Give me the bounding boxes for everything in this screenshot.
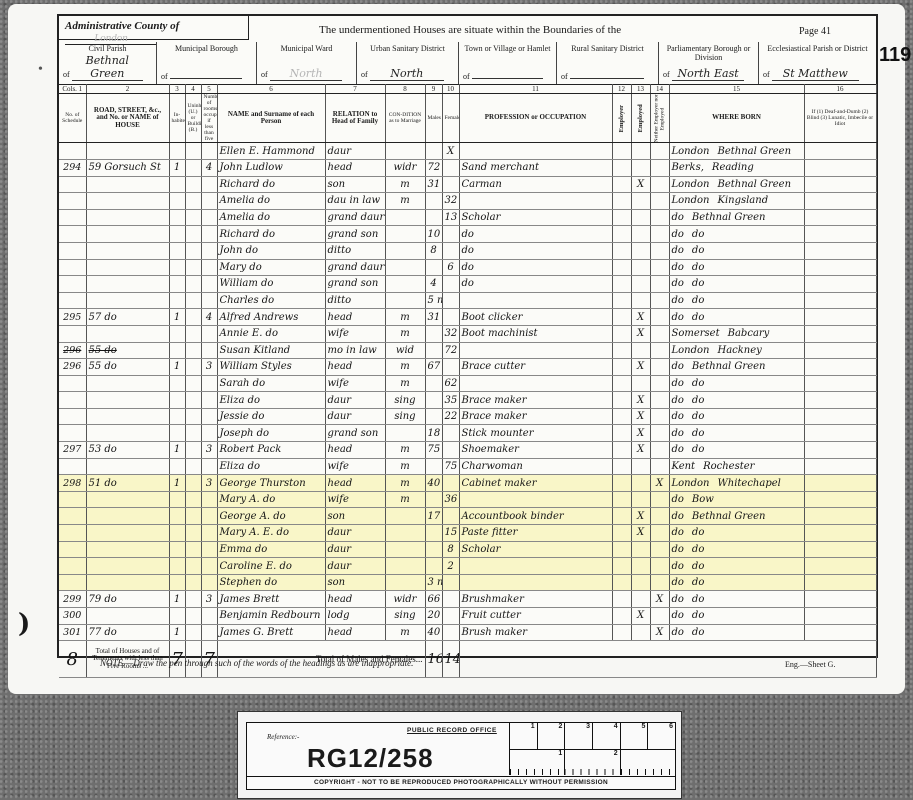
cell-employer xyxy=(612,458,631,475)
cell-employed: X xyxy=(631,325,650,342)
cell-name: Susan Kitland xyxy=(217,342,325,359)
cell-employer xyxy=(612,176,631,193)
cell-address: 77 do xyxy=(86,624,169,641)
cell-uninhabited xyxy=(185,458,201,475)
cell-address: 57 do xyxy=(86,309,169,326)
cell-infirmity xyxy=(804,491,876,508)
cell-relation: head xyxy=(325,442,385,459)
cell-employer xyxy=(612,143,631,160)
cell-where-born: dodo xyxy=(669,276,804,293)
cell-male-age xyxy=(425,259,442,276)
cell-uninhabited xyxy=(185,442,201,459)
header-occupation: PROFESSION or OCCUPATION xyxy=(459,94,612,143)
cell-female-age xyxy=(442,242,459,259)
cell-inhabited xyxy=(169,491,185,508)
cell-name: James Brett xyxy=(217,591,325,608)
cell-address xyxy=(86,425,169,442)
cell-occupation: Paste fitter xyxy=(459,525,612,542)
cell-occupation: Carman xyxy=(459,176,612,193)
cell-employed: X xyxy=(631,309,650,326)
cell-rooms xyxy=(201,525,217,542)
cell-occupation: do xyxy=(459,242,612,259)
boundaries-title: The undermentioned Houses are situate wi… xyxy=(319,24,621,36)
cell-occupation: Charwoman xyxy=(459,458,612,475)
cell-male-age: 17 xyxy=(425,508,442,525)
cell-male-age xyxy=(425,209,442,226)
cell-address xyxy=(86,292,169,309)
cell-uninhabited xyxy=(185,475,201,492)
cell-condition xyxy=(385,242,425,259)
cell-male-age: 4 xyxy=(425,276,442,293)
cell-neither xyxy=(650,442,669,459)
cell-infirmity xyxy=(804,359,876,376)
cell-schedule xyxy=(59,375,86,392)
cell-employed xyxy=(631,558,650,575)
area-rural-sanitary-district: Rural Sanitary District of xyxy=(557,42,659,84)
cell-neither xyxy=(650,209,669,226)
cell-condition: m xyxy=(385,193,425,210)
cell-name: Stephen do xyxy=(217,574,325,591)
cell-schedule xyxy=(59,408,86,425)
cell-where-born: doBethnal Green xyxy=(669,359,804,376)
header-rooms: Number of rooms occupied if less than fi… xyxy=(201,94,217,143)
cell-relation: wife xyxy=(325,375,385,392)
cell-address: 59 Gorsuch St xyxy=(86,159,169,176)
cell-condition: m xyxy=(385,475,425,492)
cell-female-age xyxy=(442,359,459,376)
cell-where-born: doBow xyxy=(669,491,804,508)
cell-address xyxy=(86,608,169,625)
cell-rooms: 3 xyxy=(201,359,217,376)
cell-name: George A. do xyxy=(217,508,325,525)
cell-schedule: 295 xyxy=(59,309,86,326)
census-row: Caroline E. dodaur2dodo xyxy=(59,558,876,575)
area-town-village: Town or Village or Hamlet of xyxy=(459,42,557,84)
cell-schedule xyxy=(59,193,86,210)
cell-address xyxy=(86,143,169,160)
cell-schedule xyxy=(59,292,86,309)
reference-caption: Reference:- xyxy=(267,733,299,741)
cell-inhabited xyxy=(169,392,185,409)
cell-employed xyxy=(631,375,650,392)
cell-female-age: 2 xyxy=(442,558,459,575)
census-row: Richard dogrand son10dododo xyxy=(59,226,876,243)
cell-occupation: Brace maker xyxy=(459,408,612,425)
folio-number: 119 xyxy=(879,44,911,67)
cell-male-age xyxy=(425,458,442,475)
cell-where-born: dodo xyxy=(669,408,804,425)
cell-rooms xyxy=(201,558,217,575)
census-row: William dogrand son4dododo xyxy=(59,276,876,293)
header-females: Females xyxy=(442,94,459,143)
cell-rooms xyxy=(201,292,217,309)
cell-employed: X xyxy=(631,408,650,425)
page-label: Page 41 xyxy=(799,26,831,37)
cell-uninhabited xyxy=(185,309,201,326)
cell-neither xyxy=(650,458,669,475)
cell-occupation: Stick mounter xyxy=(459,425,612,442)
cell-employer xyxy=(612,226,631,243)
census-row: 300Benjamin Redbournlodgsing20Fruit cutt… xyxy=(59,608,876,625)
cell-female-age xyxy=(442,508,459,525)
cell-schedule xyxy=(59,491,86,508)
cell-schedule: 294 xyxy=(59,159,86,176)
census-row: Eliza dowifem75CharwomanKentRochester xyxy=(59,458,876,475)
cell-condition: m xyxy=(385,624,425,641)
cell-male-age: 5 mo xyxy=(425,292,442,309)
cell-where-born: LondonBethnal Green xyxy=(669,143,804,160)
cell-occupation: Fruit cutter xyxy=(459,608,612,625)
cell-male-age: 67 xyxy=(425,359,442,376)
cell-employed: X xyxy=(631,608,650,625)
cell-infirmity xyxy=(804,425,876,442)
cell-inhabited: 1 xyxy=(169,359,185,376)
cell-infirmity xyxy=(804,259,876,276)
cell-employed: X xyxy=(631,425,650,442)
cell-rooms xyxy=(201,541,217,558)
cell-employed xyxy=(631,159,650,176)
cell-rooms xyxy=(201,375,217,392)
cell-where-born: dodo xyxy=(669,591,804,608)
cell-infirmity xyxy=(804,226,876,243)
cell-neither xyxy=(650,375,669,392)
cell-where-born: LondonBethnal Green xyxy=(669,176,804,193)
cell-name: Jessie do xyxy=(217,408,325,425)
cell-employer xyxy=(612,591,631,608)
cell-neither: X xyxy=(650,591,669,608)
cell-where-born: dodo xyxy=(669,226,804,243)
cell-condition: widr xyxy=(385,591,425,608)
cell-condition: m xyxy=(385,325,425,342)
cell-male-age xyxy=(425,541,442,558)
cell-name: Robert Pack xyxy=(217,442,325,459)
cell-male-age: 10 xyxy=(425,226,442,243)
cell-employer xyxy=(612,375,631,392)
cell-address xyxy=(86,508,169,525)
cell-condition: m xyxy=(385,375,425,392)
cell-uninhabited xyxy=(185,624,201,641)
cell-infirmity xyxy=(804,276,876,293)
cell-uninhabited xyxy=(185,491,201,508)
cell-relation: dau in law xyxy=(325,193,385,210)
cell-uninhabited xyxy=(185,143,201,160)
cell-employed xyxy=(631,574,650,591)
cell-male-age xyxy=(425,392,442,409)
schedules-total: 8 xyxy=(59,641,86,678)
cell-female-age xyxy=(442,425,459,442)
census-row: Emma dodaur8Scholardodo xyxy=(59,541,876,558)
cell-inhabited xyxy=(169,292,185,309)
cell-relation: grand daur xyxy=(325,259,385,276)
cell-occupation: Sand merchant xyxy=(459,159,612,176)
cell-relation: daur xyxy=(325,541,385,558)
cell-condition xyxy=(385,259,425,276)
cell-male-age xyxy=(425,558,442,575)
cell-name: Emma do xyxy=(217,541,325,558)
cell-employer xyxy=(612,259,631,276)
cell-employed: X xyxy=(631,508,650,525)
cell-employer xyxy=(612,491,631,508)
cell-male-age: 3 m xyxy=(425,574,442,591)
cell-neither xyxy=(650,193,669,210)
cell-condition: sing xyxy=(385,408,425,425)
cell-occupation: Brace maker xyxy=(459,392,612,409)
cell-schedule xyxy=(59,276,86,293)
census-row: 29851 do13George Thurstonheadm40Cabinet … xyxy=(59,475,876,492)
cell-where-born: Berks,Reading xyxy=(669,159,804,176)
cell-uninhabited xyxy=(185,392,201,409)
cell-where-born: dodo xyxy=(669,292,804,309)
cell-schedule xyxy=(59,176,86,193)
cell-name: Eliza do xyxy=(217,392,325,409)
census-row: 29655 do13William Stylesheadm67Brace cut… xyxy=(59,359,876,376)
cell-condition xyxy=(385,541,425,558)
cell-female-age: 13 xyxy=(442,209,459,226)
cell-where-born: dodo xyxy=(669,425,804,442)
cell-relation: daur xyxy=(325,408,385,425)
cell-occupation: Boot clicker xyxy=(459,309,612,326)
header-uninhabited: Uninhabited (U.) or Building (B.) xyxy=(185,94,201,143)
cell-employed xyxy=(631,226,650,243)
cell-employed xyxy=(631,242,650,259)
cell-occupation xyxy=(459,143,612,160)
cell-where-born: dodo xyxy=(669,525,804,542)
cell-uninhabited xyxy=(185,525,201,542)
cell-uninhabited xyxy=(185,574,201,591)
cell-male-age: 40 xyxy=(425,624,442,641)
cell-relation: head xyxy=(325,359,385,376)
cell-inhabited: 1 xyxy=(169,159,185,176)
cell-address xyxy=(86,226,169,243)
header-schedule: No. of Schedule xyxy=(59,94,86,143)
cell-relation: daur xyxy=(325,525,385,542)
cell-male-age xyxy=(425,143,442,160)
cell-employed xyxy=(631,276,650,293)
admin-county-label: Administrative County of xyxy=(65,20,179,32)
cell-occupation: do xyxy=(459,259,612,276)
cell-where-born: dodo xyxy=(669,392,804,409)
cell-neither: X xyxy=(650,624,669,641)
cell-schedule xyxy=(59,508,86,525)
cell-relation: son xyxy=(325,574,385,591)
cell-schedule xyxy=(59,458,86,475)
cell-name: Sarah do xyxy=(217,375,325,392)
cell-neither xyxy=(650,292,669,309)
cell-female-age: 15 xyxy=(442,525,459,542)
cell-address xyxy=(86,574,169,591)
cell-neither xyxy=(650,508,669,525)
cell-inhabited xyxy=(169,525,185,542)
cell-male-age xyxy=(425,342,442,359)
cell-occupation: Boot machinist xyxy=(459,325,612,342)
cell-employed xyxy=(631,209,650,226)
cell-address xyxy=(86,408,169,425)
copyright-notice: COPYRIGHT - NOT TO BE REPRODUCED PHOTOGR… xyxy=(247,776,675,789)
cell-infirmity xyxy=(804,408,876,425)
cell-where-born: SomersetBabcary xyxy=(669,325,804,342)
cell-address xyxy=(86,375,169,392)
cell-uninhabited xyxy=(185,591,201,608)
cell-relation: daur xyxy=(325,558,385,575)
cell-address xyxy=(86,259,169,276)
census-row: Stephen doson3 mdodo xyxy=(59,574,876,591)
cell-name: William Styles xyxy=(217,359,325,376)
cell-relation: head xyxy=(325,475,385,492)
cell-relation: son xyxy=(325,508,385,525)
cell-condition: wid xyxy=(385,342,425,359)
header-infirmity: If (1) Deaf-and-Dumb (2) Blind (3) Lunat… xyxy=(804,94,876,143)
cell-neither xyxy=(650,425,669,442)
cell-employer xyxy=(612,359,631,376)
cell-where-born: dodo xyxy=(669,558,804,575)
cell-where-born: doBethnal Green xyxy=(669,209,804,226)
cell-rooms xyxy=(201,276,217,293)
cell-condition xyxy=(385,292,425,309)
cell-employed: X xyxy=(631,392,650,409)
cell-schedule xyxy=(59,392,86,409)
cell-uninhabited xyxy=(185,259,201,276)
cell-female-age xyxy=(442,475,459,492)
cell-schedule: 300 xyxy=(59,608,86,625)
cell-employer xyxy=(612,309,631,326)
cell-female-age xyxy=(442,442,459,459)
cell-uninhabited xyxy=(185,159,201,176)
cell-address xyxy=(86,491,169,508)
cell-employer xyxy=(612,475,631,492)
cell-inhabited xyxy=(169,408,185,425)
census-row: Sarah dowifem62dodo xyxy=(59,375,876,392)
header-condition: CON-DITION as to Marriage xyxy=(385,94,425,143)
cell-name: Caroline E. do xyxy=(217,558,325,575)
cell-occupation xyxy=(459,574,612,591)
cell-male-age xyxy=(425,375,442,392)
cell-inhabited xyxy=(169,508,185,525)
cell-where-born: doBethnal Green xyxy=(669,508,804,525)
cell-schedule: 301 xyxy=(59,624,86,641)
cell-uninhabited xyxy=(185,558,201,575)
cell-relation: wife xyxy=(325,458,385,475)
cell-employed xyxy=(631,591,650,608)
cell-occupation: Scholar xyxy=(459,541,612,558)
cell-female-age xyxy=(442,176,459,193)
cell-address xyxy=(86,176,169,193)
cell-employed xyxy=(631,491,650,508)
cell-schedule xyxy=(59,525,86,542)
cell-relation: daur xyxy=(325,392,385,409)
cell-neither xyxy=(650,325,669,342)
cell-employed xyxy=(631,624,650,641)
cell-name: Benjamin Redbourn xyxy=(217,608,325,625)
administrative-areas: Civil Parish of Bethnal Green Municipal … xyxy=(59,42,876,85)
cell-where-born: dodo xyxy=(669,375,804,392)
reference-code: RG12/258 xyxy=(307,743,434,774)
cell-female-age xyxy=(442,608,459,625)
column-numbers-row: Cols. 12345 678910 11121314 1516 xyxy=(59,84,876,94)
cell-occupation: Accountbook binder xyxy=(459,508,612,525)
cell-male-age: 66 xyxy=(425,591,442,608)
cell-rooms xyxy=(201,408,217,425)
cell-schedule xyxy=(59,558,86,575)
cell-address xyxy=(86,558,169,575)
cell-rooms xyxy=(201,624,217,641)
cell-neither xyxy=(650,276,669,293)
cell-neither: X xyxy=(650,475,669,492)
cell-infirmity xyxy=(804,209,876,226)
cell-neither xyxy=(650,159,669,176)
cell-male-age xyxy=(425,525,442,542)
cell-rooms: 4 xyxy=(201,309,217,326)
cell-employer xyxy=(612,442,631,459)
census-row: 29557 do14Alfred Andrewsheadm31Boot clic… xyxy=(59,309,876,326)
cell-occupation: Brush maker xyxy=(459,624,612,641)
cell-neither xyxy=(650,143,669,160)
cell-uninhabited xyxy=(185,342,201,359)
cell-female-age: 36 xyxy=(442,491,459,508)
cell-neither xyxy=(650,176,669,193)
cell-infirmity xyxy=(804,176,876,193)
cell-uninhabited xyxy=(185,408,201,425)
cell-female-age: 35 xyxy=(442,392,459,409)
cell-condition xyxy=(385,574,425,591)
cell-occupation xyxy=(459,375,612,392)
admin-county: Administrative County of London xyxy=(59,16,249,40)
cell-inhabited xyxy=(169,176,185,193)
cell-occupation: do xyxy=(459,226,612,243)
cell-infirmity xyxy=(804,143,876,160)
cell-schedule xyxy=(59,574,86,591)
cell-male-age xyxy=(425,408,442,425)
census-row: John doditto8dododo xyxy=(59,242,876,259)
cell-inhabited xyxy=(169,342,185,359)
cell-relation: grand daur xyxy=(325,209,385,226)
census-row: 29979 do13James Brettheadwidr66Brushmake… xyxy=(59,591,876,608)
cell-infirmity xyxy=(804,442,876,459)
cell-relation: ditto xyxy=(325,292,385,309)
cell-male-age: 72 xyxy=(425,159,442,176)
cell-infirmity xyxy=(804,292,876,309)
cell-condition: m xyxy=(385,491,425,508)
cell-neither xyxy=(650,574,669,591)
cell-relation: mo in law xyxy=(325,342,385,359)
cell-condition xyxy=(385,425,425,442)
cell-uninhabited xyxy=(185,541,201,558)
cell-inhabited: 1 xyxy=(169,442,185,459)
census-row: Charles doditto5 mododo xyxy=(59,292,876,309)
cell-infirmity xyxy=(804,558,876,575)
cell-schedule xyxy=(59,541,86,558)
cell-address xyxy=(86,458,169,475)
cell-uninhabited xyxy=(185,425,201,442)
cell-female-age xyxy=(442,292,459,309)
cell-condition: m xyxy=(385,442,425,459)
cell-infirmity xyxy=(804,325,876,342)
cell-rooms xyxy=(201,608,217,625)
cell-male-age: 18 xyxy=(425,425,442,442)
cell-occupation: Scholar xyxy=(459,209,612,226)
cell-rooms xyxy=(201,143,217,160)
cell-inhabited xyxy=(169,276,185,293)
cell-condition: sing xyxy=(385,392,425,409)
cell-infirmity xyxy=(804,309,876,326)
cell-name: Ellen E. Hammond xyxy=(217,143,325,160)
cell-name: Mary A. E. do xyxy=(217,525,325,542)
margin-mark-bottom: ) xyxy=(18,609,30,639)
cell-neither xyxy=(650,226,669,243)
cell-employer xyxy=(612,574,631,591)
cell-uninhabited xyxy=(185,193,201,210)
cell-infirmity xyxy=(804,508,876,525)
cell-neither xyxy=(650,525,669,542)
